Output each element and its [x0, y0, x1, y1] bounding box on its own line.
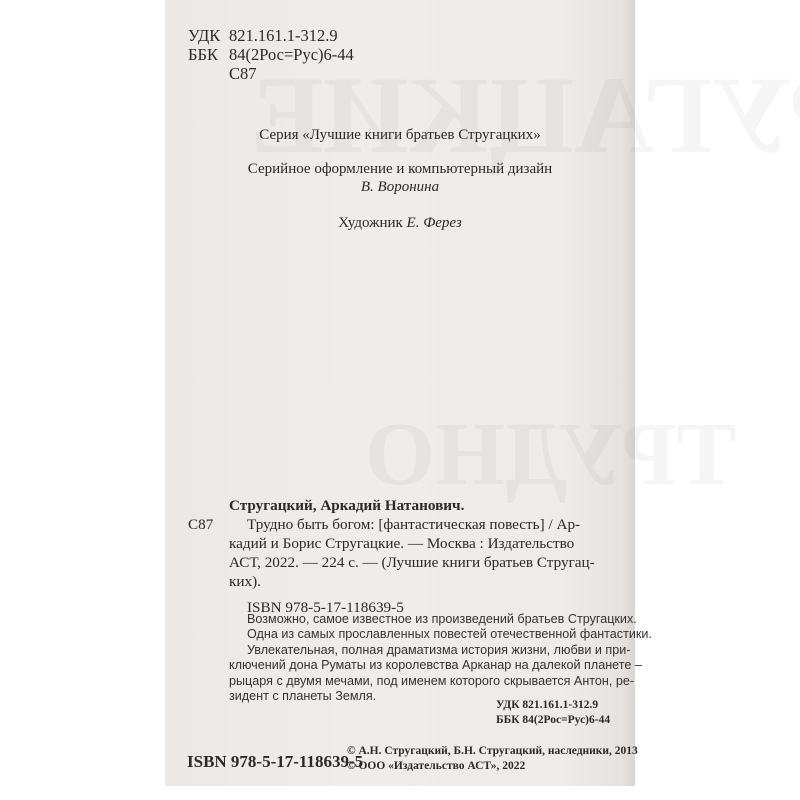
bib-line: ких). — [229, 572, 261, 591]
design-name: В. Воронина — [165, 179, 635, 196]
udk-line: УДК821.161.1-312.9 — [188, 26, 338, 45]
artist-label: Художник — [338, 215, 406, 231]
udk-label: УДК — [188, 26, 229, 45]
bib-line: кадий и Борис Стругацкие. — Москва : Изд… — [229, 534, 574, 553]
annotation-line: ключений дона Руматы из королевства Арка… — [229, 658, 642, 674]
bib-line: Трудно быть богом: [фантастическая повес… — [247, 515, 580, 534]
footer-udk: УДК 821.161.1-312.9 — [496, 698, 598, 712]
bib-line: АСТ, 2022. — 224 с. — (Лучшие книги брат… — [229, 553, 595, 572]
design-label: Серийное оформление и компьютерный дизай… — [165, 161, 635, 178]
author-heading: Стругацкий, Аркадий Натанович. — [229, 496, 464, 515]
annotation-line: рыцаря с двумя мечами, под именем которо… — [229, 674, 634, 690]
series-line: Серия «Лучшие книги братьев Стругацких» — [165, 127, 635, 144]
artist-line: Художник Е. Ферез — [165, 215, 635, 232]
udk-value: 821.161.1-312.9 — [229, 26, 338, 45]
annotation-line: Возможно, самое известное из произведени… — [247, 612, 637, 628]
bbk-value: 84(2Рос=Рус)6-44 — [229, 45, 354, 64]
footer-bbk: ББК 84(2Рос=Рус)6-44 — [496, 713, 610, 727]
annotation-line: Одна из самых прославленных повестей оте… — [247, 627, 652, 643]
bbk-line: ББК84(2Рос=Рус)6-44 — [188, 45, 354, 64]
footer-isbn: ISBN 978-5-17-118639-5 — [187, 752, 363, 772]
bbk-label: ББК — [188, 45, 229, 64]
bleed-through-text: ТРУДНО — [365, 410, 737, 500]
annotation-line: зидент с планеты Земля. — [229, 689, 376, 705]
author-mark: С87 — [229, 64, 257, 83]
copyright-publisher: © ООО «Издательство АСТ», 2022 — [347, 759, 525, 773]
artist-name: Е. Ферез — [407, 215, 462, 231]
bib-author-mark: С87 — [188, 515, 213, 534]
copyright-authors: © А.Н. Стругацкий, Б.Н. Стругацкий, насл… — [347, 744, 638, 758]
bleed-through-text: СТРУГАЦКИЕ — [250, 60, 800, 170]
annotation-line: Увлекательная, полная драматизма история… — [247, 643, 630, 659]
